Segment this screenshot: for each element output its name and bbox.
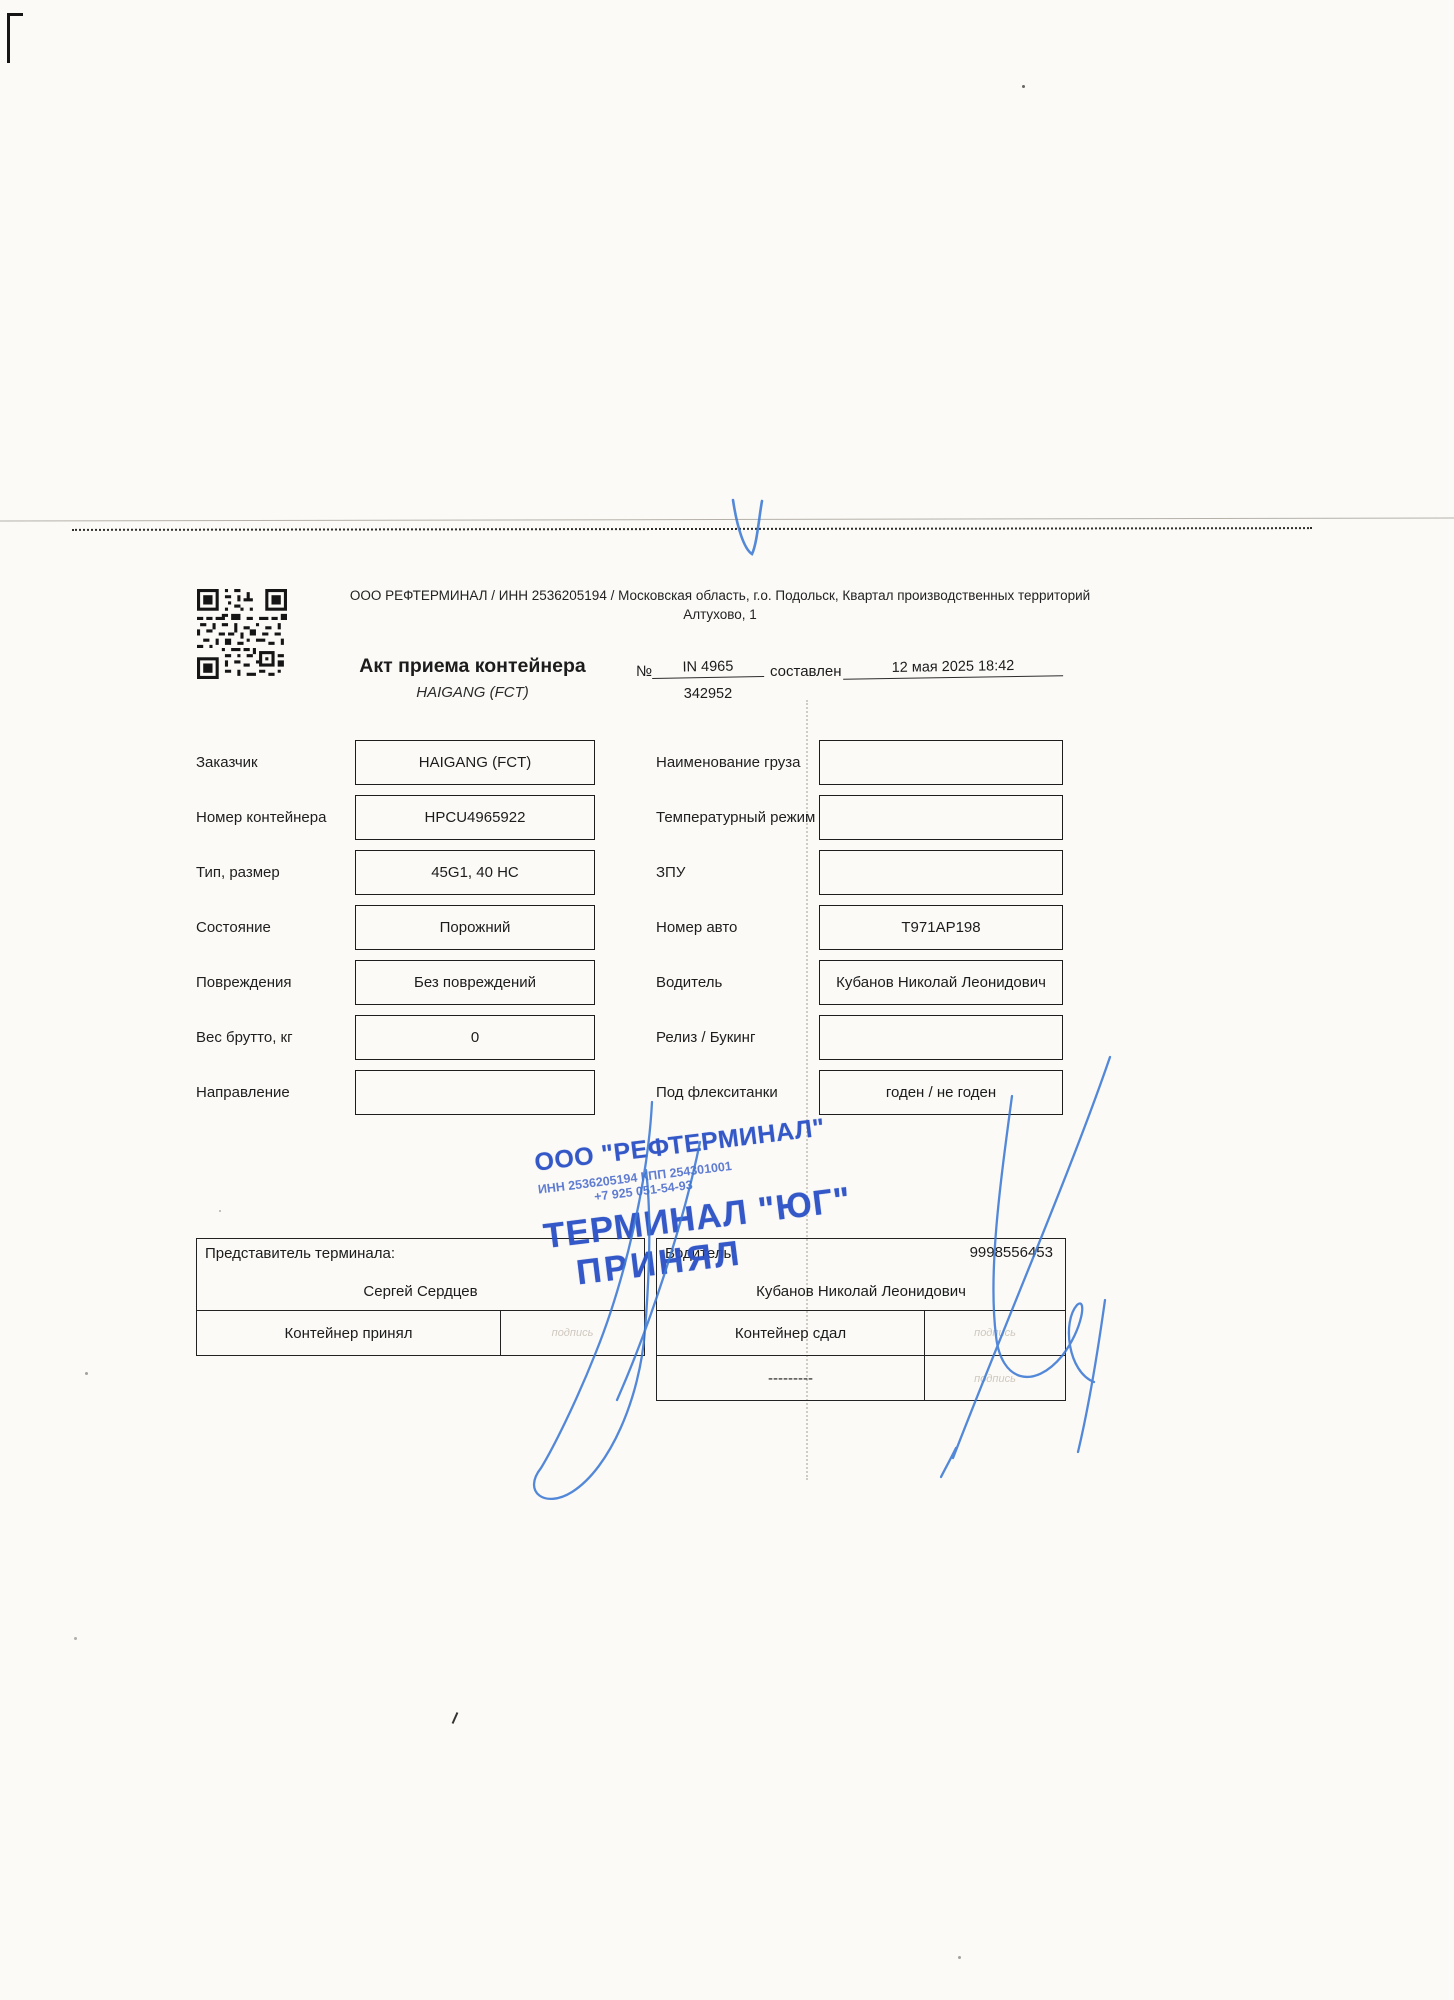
scanned-document-page: ООО РЕФТЕРМИНАЛ / ИНН 2536205194 / Моско… — [0, 0, 1454, 2000]
terminal-box-header: Представитель терминала: — [205, 1245, 395, 1262]
driver-signature-cell: подпись — [925, 1311, 1065, 1355]
field-label-release-booking: Релиз / Букинг — [656, 1029, 755, 1046]
driver-signature-cell-2: подпись — [925, 1356, 1065, 1401]
field-label-customer: Заказчик — [196, 754, 258, 771]
scan-speck — [219, 1210, 221, 1212]
company-header: ООО РЕФТЕРМИНАЛ / ИНН 2536205194 / Моско… — [280, 586, 1160, 624]
scan-speck — [85, 1372, 88, 1375]
terminal-action-label: Контейнер принял — [197, 1311, 501, 1355]
signature-placeholder: подпись — [974, 1327, 1016, 1339]
document-title: Акт приема контейнера — [300, 655, 645, 678]
field-label-truck-number: Номер авто — [656, 919, 737, 936]
field-value-customer: HAIGANG (FCT) — [355, 740, 595, 785]
field-label-cargo-name: Наименование груза — [656, 754, 801, 771]
field-label-direction: Направление — [196, 1084, 290, 1101]
field-value-damages: Без повреждений — [355, 960, 595, 1005]
field-value-release-booking — [819, 1015, 1063, 1060]
field-label-driver: Водитель — [656, 974, 722, 991]
terminal-action-row: Контейнер принял подпись — [197, 1310, 644, 1355]
field-label-damages: Повреждения — [196, 974, 292, 991]
field-label-seal: ЗПУ — [656, 864, 685, 881]
field-label-temperature-mode: Температурный режим — [656, 809, 815, 826]
doc-number-label: № — [636, 663, 652, 680]
scan-corner-mark — [7, 13, 23, 16]
signature-placeholder: подпись — [974, 1373, 1016, 1385]
field-value-direction — [355, 1070, 595, 1115]
doc-number-sub: 342952 — [652, 686, 764, 702]
driver-name: Кубанов Николай Леонидович — [657, 1283, 1065, 1300]
scan-pen-tick — [452, 1712, 459, 1724]
field-value-cargo-name — [819, 740, 1063, 785]
driver-action-row: Контейнер сдал подпись — [657, 1310, 1065, 1355]
driver-phone: 9998556453 — [970, 1244, 1053, 1261]
driver-dashes-row: --------- подпись — [657, 1355, 1065, 1401]
qr-code — [197, 589, 287, 679]
pen-signature-right-end — [941, 1448, 956, 1477]
signature-placeholder: подпись — [552, 1327, 594, 1339]
terminal-signature-cell: подпись — [501, 1311, 644, 1355]
field-value-gross-weight: 0 — [355, 1015, 595, 1060]
field-value-truck-number: Т971АР198 — [819, 905, 1063, 950]
scan-corner-mark — [7, 13, 10, 63]
field-value-seal — [819, 850, 1063, 895]
field-value-flexitank: годен / не годен — [819, 1070, 1063, 1115]
fold-line — [0, 517, 1454, 521]
field-label-condition: Состояние — [196, 919, 271, 936]
driver-dashes: --------- — [657, 1356, 925, 1401]
driver-action-label: Контейнер сдал — [657, 1311, 925, 1355]
field-label-container-number: Номер контейнера — [196, 809, 326, 826]
doc-number-value: IN 4965 — [652, 658, 764, 679]
composed-label: составлен — [770, 663, 842, 680]
field-label-gross-weight: Вес брутто, кг — [196, 1029, 293, 1046]
company-header-line1: ООО РЕФТЕРМИНАЛ / ИНН 2536205194 / Моско… — [280, 586, 1160, 605]
field-value-driver: Кубанов Николай Леонидович — [819, 960, 1063, 1005]
field-value-temperature-mode — [819, 795, 1063, 840]
field-label-flexitank: Под флекситанки — [656, 1084, 778, 1101]
field-value-type-size: 45G1, 40 HC — [355, 850, 595, 895]
field-value-container-number: HPCU4965922 — [355, 795, 595, 840]
company-header-line2: Алтухово, 1 — [280, 605, 1160, 624]
scan-speck — [1022, 85, 1025, 88]
field-label-type-size: Тип, размер — [196, 864, 280, 881]
scan-speck — [74, 1637, 77, 1640]
composed-date: 12 мая 2025 18:42 — [843, 657, 1063, 679]
scan-speck — [958, 1956, 961, 1959]
document-subtitle: HAIGANG (FCT) — [300, 684, 645, 701]
field-value-condition: Порожний — [355, 905, 595, 950]
perforation-dotted-line — [72, 527, 1312, 531]
pen-signatures-overlay — [0, 0, 1454, 2000]
pen-signature-right-tail — [1078, 1300, 1105, 1452]
